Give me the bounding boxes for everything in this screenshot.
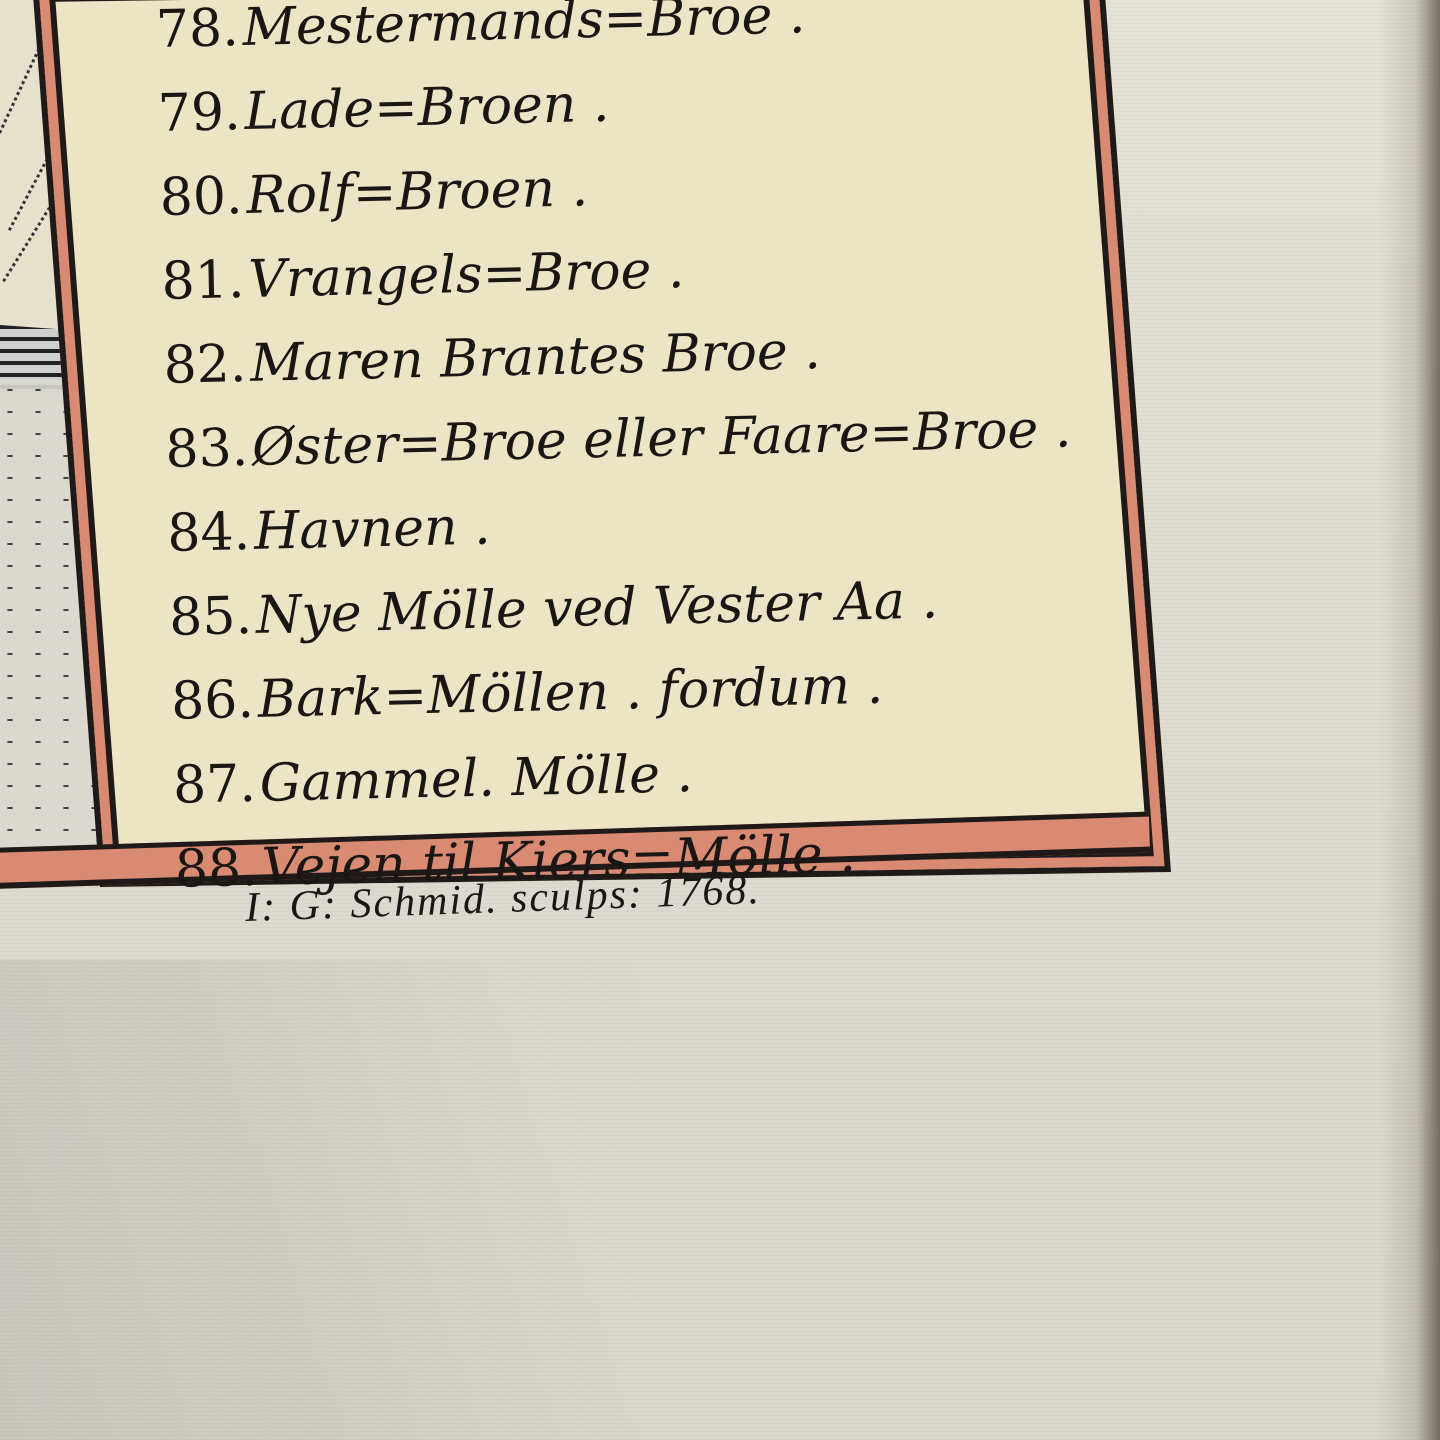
photo-shadow — [0, 960, 650, 1440]
legend-list: 78.Mestermands=Broe . 79.Lade=Broen . 80… — [155, 0, 1116, 912]
frame-edge-shadow — [1380, 0, 1440, 1440]
